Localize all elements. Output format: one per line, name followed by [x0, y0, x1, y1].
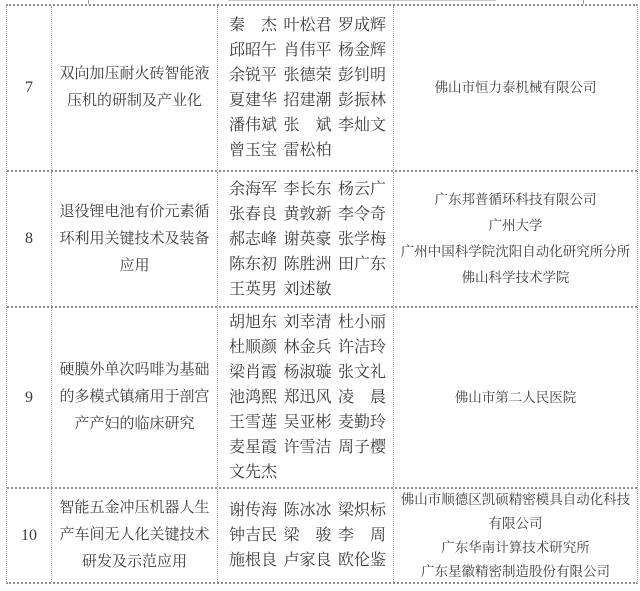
person-name: 池鸿熙 — [229, 385, 277, 410]
contributors-cell: 秦 杰邱昭午余锐平夏建华潘伟斌曾玉宝叶松君肖伟平张德荣招建潮张 斌雷松柏罗成辉杨… — [218, 6, 394, 170]
person-name: 文先杰 — [229, 460, 277, 485]
person-name: 余锐平 — [229, 63, 277, 88]
person-name: 麦勤玲 — [338, 410, 386, 435]
project-approval-table: 7双向加压耐火砖智能液压机的研制及产业化秦 杰邱昭午余锐平夏建华潘伟斌曾玉宝叶松… — [6, 4, 638, 584]
person-name: 陈胜洲 — [283, 252, 331, 277]
organization-line: 佛山市第二人民医院 — [455, 386, 577, 410]
person-name: 李 周 — [338, 523, 386, 548]
person-name: 张文礼 — [338, 360, 386, 385]
contributors-columns: 谢传海钟吉民施根良陈冰冰梁 骏卢家良梁炽标李 周欧伦鉴 — [218, 498, 393, 573]
person-name: 谢传海 — [229, 498, 277, 523]
person-name: 曾玉宝 — [229, 138, 277, 163]
person-name: 杨金辉 — [338, 38, 386, 63]
table-row: 7双向加压耐火砖智能液压机的研制及产业化秦 杰邱昭午余锐平夏建华潘伟斌曾玉宝叶松… — [7, 6, 637, 170]
organization-cell: 广东邦普循环科技有限公司广州大学广州中国科学院沈阳自动化研究所分所佛山科学技术学… — [394, 172, 637, 306]
person-name: 卢家良 — [283, 548, 331, 573]
contributors-columns: 秦 杰邱昭午余锐平夏建华潘伟斌曾玉宝叶松君肖伟平张德荣招建潮张 斌雷松柏罗成辉杨… — [218, 13, 393, 163]
person-name: 凌 晨 — [338, 385, 386, 410]
contributor-column: 李长东黄敦新谢英豪陈胜洲刘述敏 — [283, 177, 331, 302]
person-name: 张学梅 — [338, 227, 386, 252]
person-name: 刘幸清 — [283, 310, 331, 335]
person-name: 彭钊明 — [338, 63, 386, 88]
contributor-column: 杨云广李令奇张学梅田广东 — [338, 177, 386, 277]
project-title-line: 双向加压耐火砖智能液 — [59, 61, 209, 88]
row-number: 9 — [7, 308, 52, 487]
person-name: 肖伟平 — [283, 38, 331, 63]
project-title-cell: 双向加压耐火砖智能液压机的研制及产业化 — [52, 6, 218, 170]
project-title-line: 产产妇的临床研究 — [74, 411, 194, 438]
project-title-line: 压机的研制及产业化 — [67, 88, 202, 115]
contributor-column: 叶松君肖伟平张德荣招建潮张 斌雷松柏 — [283, 13, 331, 163]
person-name: 许洁玲 — [338, 335, 386, 360]
contributors-cell: 谢传海钟吉民施根良陈冰冰梁 骏卢家良梁炽标李 周欧伦鉴 — [218, 489, 394, 582]
contributors-columns: 胡旭东杜顺颜梁肖霞池鸿熙王雪莲麦星霞文先杰刘幸清林金兵杨淑璇郑迅风吴亚彬许雪洁杜… — [218, 310, 393, 485]
person-name: 邱昭午 — [229, 38, 277, 63]
person-name: 李令奇 — [338, 202, 386, 227]
person-name: 郑迅风 — [283, 385, 331, 410]
organization-cell: 佛山市顺德区凯硕精密模具自动化科技有限公司广东华南计算技术研究所广东星徽精密制造… — [394, 489, 637, 582]
row-number: 8 — [7, 172, 52, 306]
person-name: 钟吉民 — [229, 523, 277, 548]
contributor-column: 刘幸清林金兵杨淑璇郑迅风吴亚彬许雪洁 — [283, 310, 331, 460]
person-name: 梁 骏 — [283, 523, 331, 548]
person-name: 欧伦鉴 — [338, 548, 386, 573]
contributor-column: 梁炽标李 周欧伦鉴 — [338, 498, 386, 573]
contributors-columns: 余海军张春良郝志峰陈东初王英男李长东黄敦新谢英豪陈胜洲刘述敏杨云广李令奇张学梅田… — [218, 177, 393, 302]
contributor-column: 胡旭东杜顺颜梁肖霞池鸿熙王雪莲麦星霞文先杰 — [229, 310, 277, 485]
contributor-column: 谢传海钟吉民施根良 — [229, 498, 277, 573]
table-row: 9硬膜外单次吗啡为基础的多模式镇痛用于剖宫产产妇的临床研究胡旭东杜顺颜梁肖霞池鸿… — [7, 306, 637, 487]
project-title-line: 退役锂电池有价元素循 — [59, 199, 209, 226]
person-name: 张 斌 — [283, 113, 331, 138]
organization-line: 佛山市顺德区凯硕精密模具自动化科技 — [401, 489, 631, 512]
organization-line: 广州大学 — [489, 213, 543, 239]
person-name: 林金兵 — [283, 335, 331, 360]
person-name: 王雪莲 — [229, 410, 277, 435]
person-name: 杜小丽 — [338, 310, 386, 335]
person-name: 梁肖霞 — [229, 360, 277, 385]
person-name: 郝志峰 — [229, 227, 277, 252]
person-name: 吴亚彬 — [283, 410, 331, 435]
person-name: 陈冰冰 — [283, 498, 331, 523]
organization-line: 广东邦普循环科技有限公司 — [435, 187, 597, 213]
contributor-column: 余海军张春良郝志峰陈东初王英男 — [229, 177, 277, 302]
contributors-cell: 余海军张春良郝志峰陈东初王英男李长东黄敦新谢英豪陈胜洲刘述敏杨云广李令奇张学梅田… — [218, 172, 394, 306]
project-title-line: 硬膜外单次吗啡为基础 — [59, 357, 209, 384]
project-title-line: 的多模式镇痛用于剖宫 — [59, 384, 209, 411]
person-name: 谢英豪 — [283, 227, 331, 252]
person-name: 杨淑璇 — [283, 360, 331, 385]
person-name: 胡旭东 — [229, 310, 277, 335]
organization-line: 广东星徽精密制造股份有限公司 — [421, 560, 610, 583]
contributor-column: 罗成辉杨金辉彭钊明彭振林李灿文 — [338, 13, 386, 138]
row-number: 10 — [7, 489, 52, 582]
project-title-line: 智能五金冲压机器人生 — [59, 495, 209, 522]
project-title-line: 产车间无人化关键技术 — [59, 522, 209, 549]
person-name: 黄敦新 — [283, 202, 331, 227]
person-name: 刘述敏 — [283, 277, 331, 302]
project-title-line: 研发及示范应用 — [82, 549, 187, 576]
person-name: 杜顺颜 — [229, 335, 277, 360]
organization-line: 佛山市恒力泰机械有限公司 — [435, 76, 597, 100]
organization-cell: 佛山市恒力泰机械有限公司 — [394, 6, 637, 170]
person-name: 田广东 — [338, 252, 386, 277]
person-name: 杨云广 — [338, 177, 386, 202]
person-name: 余海军 — [229, 177, 277, 202]
organization-line: 广东华南计算技术研究所 — [441, 536, 590, 560]
person-name: 张德荣 — [283, 63, 331, 88]
project-title-cell: 智能五金冲压机器人生产车间无人化关键技术研发及示范应用 — [52, 489, 218, 582]
contributor-column: 陈冰冰梁 骏卢家良 — [283, 498, 331, 573]
person-name: 施根良 — [229, 548, 277, 573]
table-row: 8退役锂电池有价元素循环利用关键技术及装备应用余海军张春良郝志峰陈东初王英男李长… — [7, 170, 637, 306]
person-name: 张春良 — [229, 202, 277, 227]
person-name: 招建潮 — [283, 88, 331, 113]
row-number: 7 — [7, 6, 52, 170]
contributor-column: 秦 杰邱昭午余锐平夏建华潘伟斌曾玉宝 — [229, 13, 277, 163]
project-title-line: 环利用关键技术及装备 — [59, 226, 209, 253]
organization-cell: 佛山市第二人民医院 — [394, 308, 637, 487]
person-name: 雷松柏 — [283, 138, 331, 163]
person-name: 夏建华 — [229, 88, 277, 113]
project-title-cell: 退役锂电池有价元素循环利用关键技术及装备应用 — [52, 172, 218, 306]
contributors-cell: 胡旭东杜顺颜梁肖霞池鸿熙王雪莲麦星霞文先杰刘幸清林金兵杨淑璇郑迅风吴亚彬许雪洁杜… — [218, 308, 394, 487]
person-name: 梁炽标 — [338, 498, 386, 523]
person-name: 陈东初 — [229, 252, 277, 277]
scan-artifact-line — [228, 0, 496, 1]
table-row: 10智能五金冲压机器人生产车间无人化关键技术研发及示范应用谢传海钟吉民施根良陈冰… — [7, 487, 637, 582]
person-name: 许雪洁 — [283, 435, 331, 460]
person-name: 王英男 — [229, 277, 277, 302]
organization-line: 广州中国科学院沈阳自动化研究所分所 — [401, 239, 631, 265]
person-name: 秦 杰 — [229, 13, 277, 38]
scanned-document-page: 7双向加压耐火砖智能液压机的研制及产业化秦 杰邱昭午余锐平夏建华潘伟斌曾玉宝叶松… — [0, 0, 640, 591]
person-name: 叶松君 — [283, 13, 331, 38]
project-title-cell: 硬膜外单次吗啡为基础的多模式镇痛用于剖宫产产妇的临床研究 — [52, 308, 218, 487]
person-name: 彭振林 — [338, 88, 386, 113]
contributor-column: 杜小丽许洁玲张文礼凌 晨麦勤玲周子樱 — [338, 310, 386, 460]
person-name: 潘伟斌 — [229, 113, 277, 138]
person-name: 周子樱 — [338, 435, 386, 460]
organization-line: 有限公司 — [489, 512, 543, 536]
organization-line: 佛山科学技术学院 — [462, 265, 570, 291]
person-name: 李灿文 — [338, 113, 386, 138]
person-name: 麦星霞 — [229, 435, 277, 460]
person-name: 罗成辉 — [338, 13, 386, 38]
person-name: 李长东 — [283, 177, 331, 202]
project-title-line: 应用 — [119, 253, 149, 280]
